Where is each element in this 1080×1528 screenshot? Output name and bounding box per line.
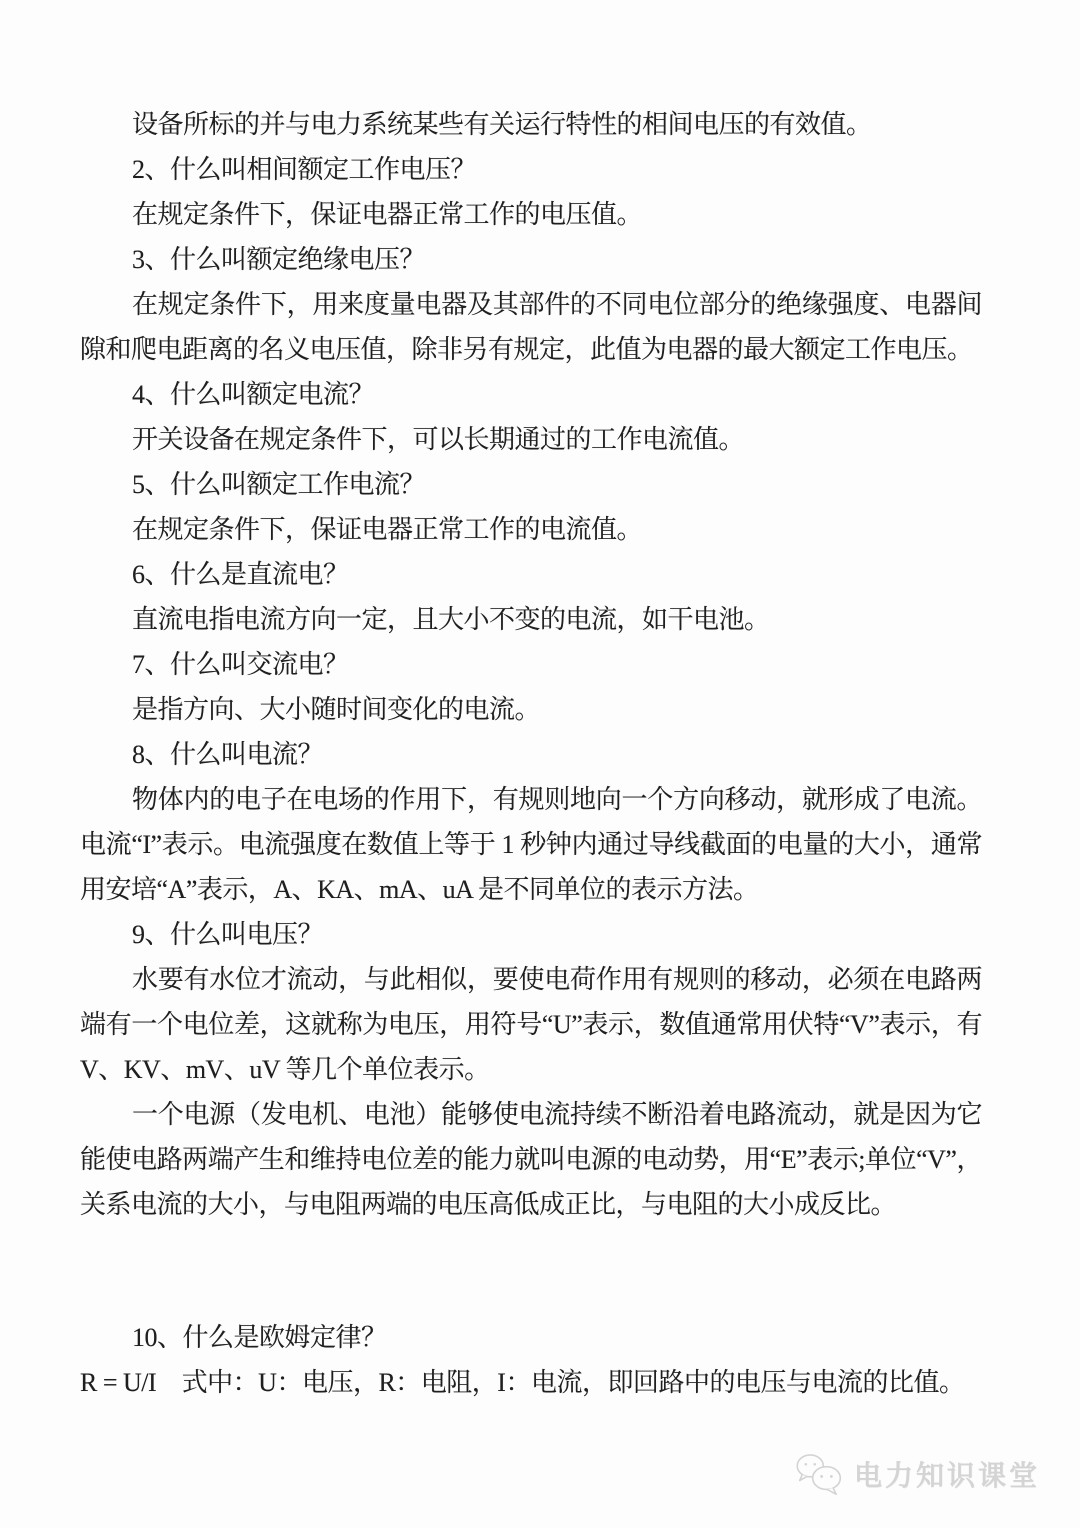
- answer-9: 水要有水位才流动，与此相似，要使电荷作用有规则的移动，必须在电路两端有一个电位差…: [80, 957, 982, 1092]
- question-2: 2、什么叫相间额定工作电压？: [80, 147, 982, 192]
- document-body: 设备所标的并与电力系统某些有关运行特性的相间电压的有效值。 2、什么叫相间额定工…: [80, 102, 982, 1405]
- question-8: 8、什么叫电流？: [80, 732, 982, 777]
- answer-2: 在规定条件下，保证电器正常工作的电压值。: [80, 192, 982, 237]
- watermark-label: 电力知识课堂: [854, 1454, 1040, 1494]
- answer-3: 在规定条件下，用来度量电器及其部件的不同电位部分的绝缘强度、电器间隙和爬电距离的…: [80, 282, 982, 372]
- answer-8: 物体内的电子在电场的作用下，有规则地向一个方向移动，就形成了电流。电流“I”表示…: [80, 777, 982, 912]
- question-3: 3、什么叫额定绝缘电压？: [80, 237, 982, 282]
- wechat-chat-bubbles-icon: [794, 1451, 846, 1497]
- answer-5: 在规定条件下，保证电器正常工作的电流值。: [80, 507, 982, 552]
- answer-10-formula: R = U/I 式中：U：电压，R：电阻，I：电流，即回路中的电压与电流的比值。: [80, 1360, 982, 1405]
- question-4: 4、什么叫额定电流？: [80, 372, 982, 417]
- question-9: 9、什么叫电压？: [80, 912, 982, 957]
- paragraph-continuation: 设备所标的并与电力系统某些有关运行特性的相间电压的有效值。: [80, 102, 982, 147]
- answer-9-continued: 一个电源（发电机、电池）能够使电流持续不断沿着电路流动，就是因为它能使电路两端产…: [80, 1092, 982, 1227]
- answer-6: 直流电指电流方向一定，且大小不变的电流，如干电池。: [80, 597, 982, 642]
- question-5: 5、什么叫额定工作电流？: [80, 462, 982, 507]
- answer-7: 是指方向、大小随时间变化的电流。: [80, 687, 982, 732]
- question-6: 6、什么是直流电？: [80, 552, 982, 597]
- answer-4: 开关设备在规定条件下，可以长期通过的工作电流值。: [80, 417, 982, 462]
- scanned-document-page: 设备所标的并与电力系统某些有关运行特性的相间电压的有效值。 2、什么叫相间额定工…: [0, 0, 1080, 1528]
- watermark: 电力知识课堂: [794, 1446, 1040, 1502]
- question-7: 7、什么叫交流电？: [80, 642, 982, 687]
- question-10: 10、什么是欧姆定律？: [80, 1315, 982, 1360]
